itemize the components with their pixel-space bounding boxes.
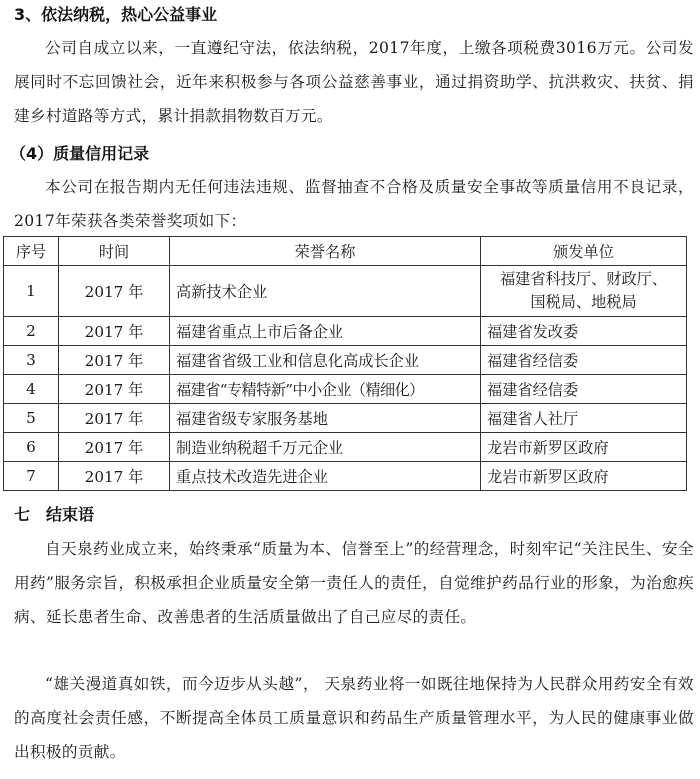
table-row: 5 2017 年 福建省级专家服务基地 福建省人社厅 <box>4 404 687 433</box>
section-heading-conclusion: 七 结束语 <box>14 502 94 525</box>
cell-no: 4 <box>4 375 59 404</box>
cell-time: 2017 年 <box>59 346 170 375</box>
cell-issuer: 福建省人社厅 <box>481 404 687 433</box>
cell-issuer: 福建省发改委 <box>481 317 687 346</box>
table-row: 3 2017 年 福建省省级工业和信息化高成长企业 福建省经信委 <box>4 346 687 375</box>
cell-time: 2017 年 <box>59 462 170 491</box>
cell-issuer: 龙岩市新罗区政府 <box>481 462 687 491</box>
cell-no: 6 <box>4 433 59 462</box>
header-time: 时间 <box>59 237 170 266</box>
cell-honor-name: 福建省“专精特新”中小企业（精细化） <box>170 375 481 404</box>
honors-table: 序号 时间 荣誉名称 颁发单位 1 2017 年 高新技术企业 福建省科技厅、财… <box>3 236 687 491</box>
table-row: 1 2017 年 高新技术企业 福建省科技厅、财政厅、 国税局、地税局 <box>4 266 687 317</box>
table-row: 6 2017 年 制造业纳税超千万元企业 龙岩市新罗区政府 <box>4 433 687 462</box>
paragraph-conclusion-1: 自天泉药业成立来，始终秉承“质量为本、信誉至上”的经营理念，时刻牢记“关注民生、… <box>14 532 694 634</box>
paragraph-quality-credit: 本公司在报告期内无任何违法违规、监督抽查不合格及质量安全事故等质量信用不良记录，… <box>14 170 694 238</box>
cell-issuer: 福建省经信委 <box>481 375 687 404</box>
cell-no: 3 <box>4 346 59 375</box>
table-header-row: 序号 时间 荣誉名称 颁发单位 <box>4 237 687 266</box>
cell-honor-name: 福建省级专家服务基地 <box>170 404 481 433</box>
cell-honor-name: 福建省省级工业和信息化高成长企业 <box>170 346 481 375</box>
cell-time: 2017 年 <box>59 375 170 404</box>
section-heading-tax-charity: 3、依法纳税，热心公益事业 <box>14 2 217 25</box>
section-heading-quality-credit: （4）质量信用记录 <box>10 141 149 164</box>
cell-time: 2017 年 <box>59 266 170 317</box>
cell-no: 2 <box>4 317 59 346</box>
cell-honor-name: 制造业纳税超千万元企业 <box>170 433 481 462</box>
cell-no: 7 <box>4 462 59 491</box>
table-row: 4 2017 年 福建省“专精特新”中小企业（精细化） 福建省经信委 <box>4 375 687 404</box>
header-honor-name: 荣誉名称 <box>170 237 481 266</box>
cell-no: 5 <box>4 404 59 433</box>
cell-issuer: 福建省科技厅、财政厅、 国税局、地税局 <box>481 266 687 317</box>
issuer-line-1: 福建省科技厅、财政厅、 <box>485 268 682 291</box>
header-no: 序号 <box>4 237 59 266</box>
paragraph-tax-charity: 公司自成立以来，一直遵纪守法，依法纳税，2017年度，上缴各项税费3016万元。… <box>14 31 694 133</box>
cell-issuer: 福建省经信委 <box>481 346 687 375</box>
cell-time: 2017 年 <box>59 433 170 462</box>
cell-issuer: 龙岩市新罗区政府 <box>481 433 687 462</box>
header-issuer: 颁发单位 <box>481 237 687 266</box>
cell-time: 2017 年 <box>59 317 170 346</box>
table-row: 2 2017 年 福建省重点上市后备企业 福建省发改委 <box>4 317 687 346</box>
issuer-line-2: 国税局、地税局 <box>485 291 682 314</box>
cell-no: 1 <box>4 266 59 317</box>
table-row: 7 2017 年 重点技术改造先进企业 龙岩市新罗区政府 <box>4 462 687 491</box>
cell-honor-name: 高新技术企业 <box>170 266 481 317</box>
cell-honor-name: 重点技术改造先进企业 <box>170 462 481 491</box>
paragraph-conclusion-2: “雄关漫道真如铁，而今迈步从头越”， 天泉药业将一如既往地保持为人民群众用药安全… <box>14 667 694 769</box>
cell-honor-name: 福建省重点上市后备企业 <box>170 317 481 346</box>
document-page: 3、依法纳税，热心公益事业 公司自成立以来，一直遵纪守法，依法纳税，2017年度… <box>0 0 700 779</box>
cell-time: 2017 年 <box>59 404 170 433</box>
